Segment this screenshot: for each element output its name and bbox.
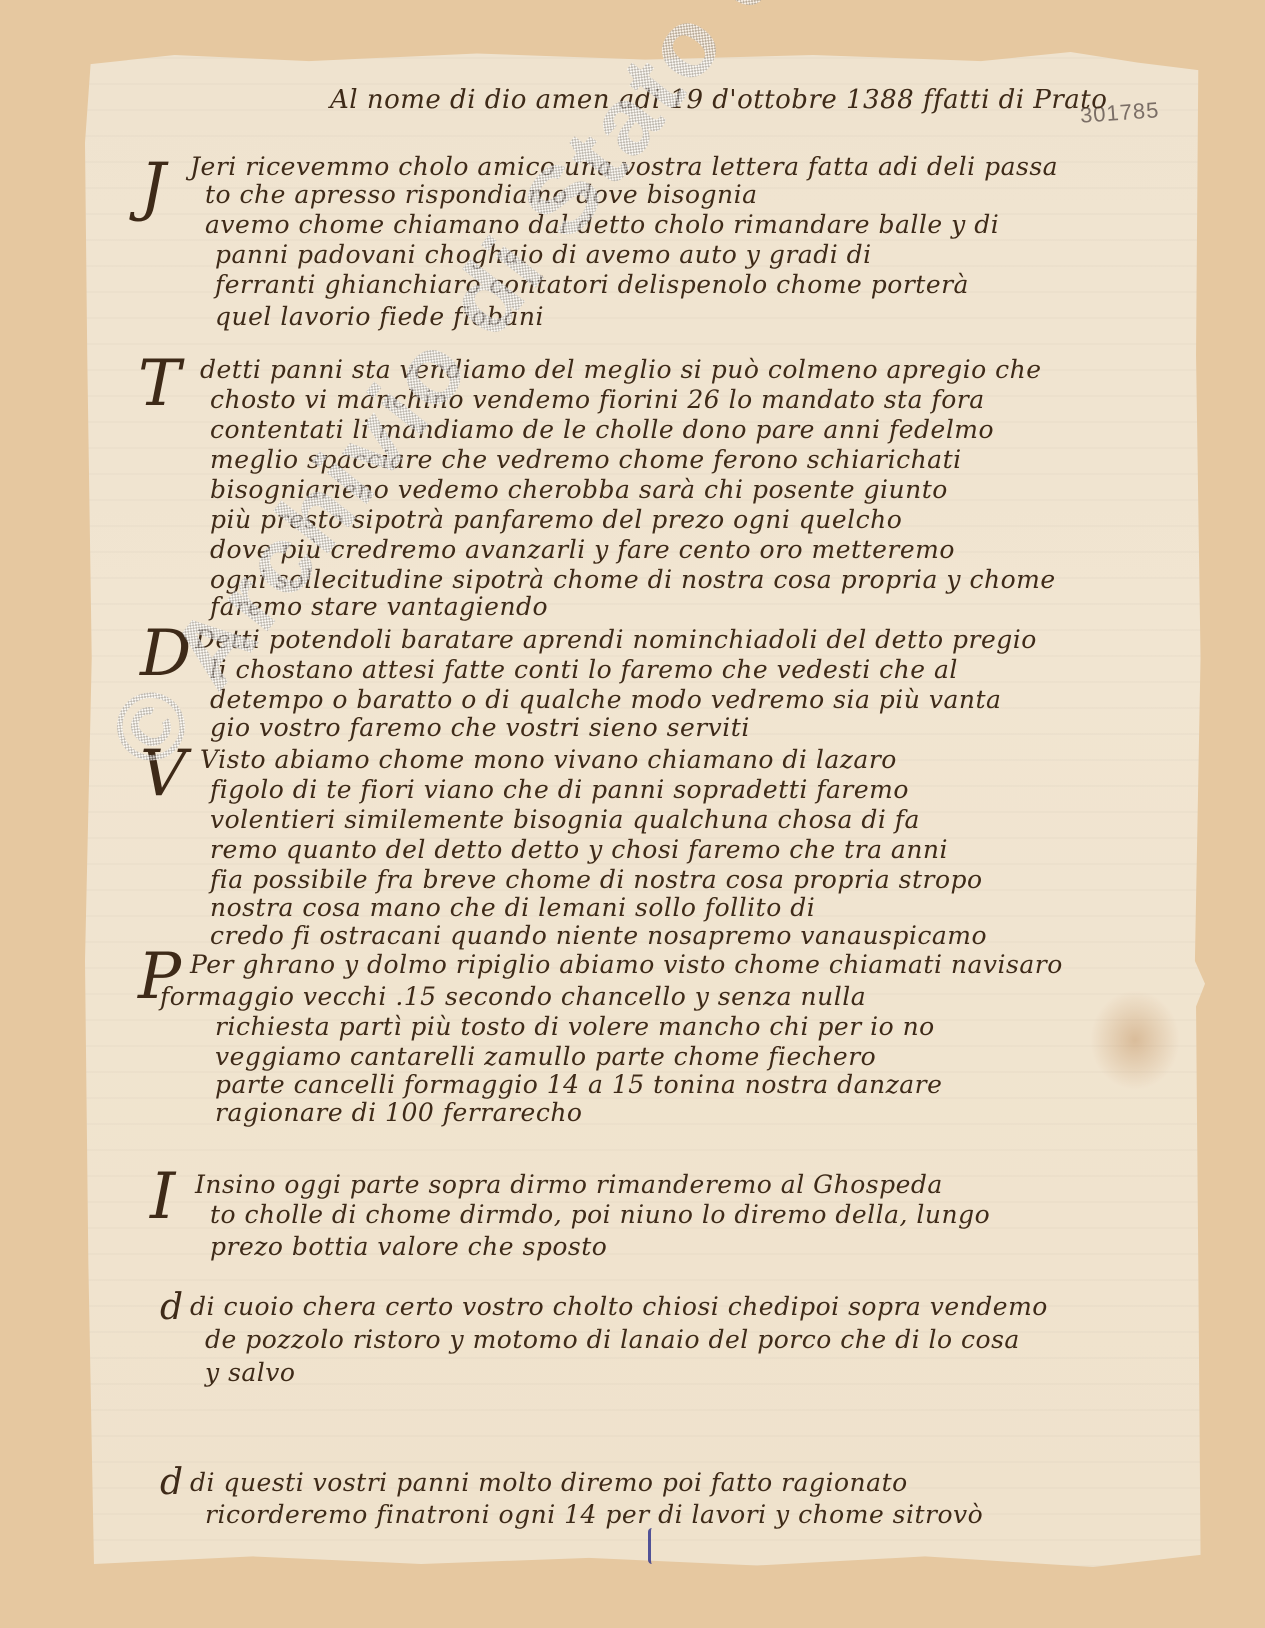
text-line: formaggio vecchi .15 secondo chancello y… [160,982,866,1011]
text-line: ricorderemo finatroni ogni 14 per di lav… [205,1500,983,1529]
text-line: di questi vostri panni molto diremo poi … [190,1468,908,1497]
paragraph-initial: T [138,352,181,416]
paragraph-initial: J [140,155,166,219]
paragraph-initial: d [160,1465,183,1501]
text-line: de pozzolo ristoro y motomo di lanaio de… [205,1325,1020,1354]
text-line: to cholle di chome dirmdo, poi niuno lo … [210,1200,990,1229]
text-line: remo quanto del detto detto y chosi fare… [210,835,948,864]
paragraph-initial: V [140,742,186,806]
text-line: Jeri ricevemmo cholo amico una vostra le… [190,152,1058,181]
text-line: richiesta partì più tosto di volere manc… [215,1012,935,1041]
text-line: contentati li mandiamo de le cholle dono… [210,415,994,444]
text-line: credo fi ostracani quando niente nosapre… [210,921,987,950]
text-line: Visto abiamo chome mono vivano chiamano … [200,745,897,774]
letter-header: Al nome di dio amen adi 19 d'ottobre 138… [330,85,1107,115]
water-stain [1090,990,1180,1090]
text-line: panni padovani choghaio di avemo auto y … [215,240,872,269]
text-line: prezo bottia valore che sposto [210,1232,607,1261]
text-line: detti panni sta vendiamo del meglio si p… [200,355,1042,384]
text-line: detempo o baratto o di qualche modo vedr… [210,685,1001,714]
text-line: figolo di te fiori viano che di panni so… [210,775,909,804]
blue-ink-mark [648,1528,656,1564]
paragraph-initial: d [160,1290,183,1326]
text-line: più presto sipotrà panfaremo del prezo o… [210,505,902,534]
text-line: bisogniarieno vedemo cherobba sarà chi p… [210,475,948,504]
paragraph-initial: I [150,1165,175,1229]
text-line: di cuoio chera certo vostro cholto chios… [190,1292,1048,1321]
text-line: quel lavorio fiede fiobani [215,302,544,331]
text-line: veggiamo cantarelli zamullo parte chome … [215,1042,876,1071]
text-line: parte cancelli formaggio 14 a 15 tonina … [215,1070,942,1099]
text-line: avemo chome chiamano dal detto cholo rim… [205,210,999,239]
text-line: li chostano attesi fatte conti lo faremo… [210,655,958,684]
text-line: chosto vi manchino vendemo fiorini 26 lo… [210,385,985,414]
text-line: volentieri similemente bisognia qualchun… [210,805,920,834]
text-line: Insino oggi parte sopra dirmo rimanderem… [195,1170,943,1199]
text-line: meglio spacciare che vedremo chome feron… [210,445,962,474]
text-line: ogni sollecitudine sipotrà chome di nost… [210,565,1056,594]
text-line: faremo stare vantagiendo [210,592,548,621]
text-line: to che apresso rispondiamo dove bisognia [205,180,758,209]
text-line: dove più credremo avanzarli y fare cento… [210,535,955,564]
text-line: ragionare di 100 ferrarecho [215,1098,582,1127]
text-line: Detti potendoli baratare aprendi nominch… [195,625,1037,654]
text-line: nostra cosa mano che di lemani sollo fol… [210,893,815,922]
text-line: fia possibile fra breve chome di nostra … [210,865,983,894]
text-line: ferranti ghianchiaro contatori delispeno… [215,270,969,299]
text-line: gio vostro faremo che vostri sieno servi… [210,713,750,742]
text-line: Per ghrano y dolmo ripiglio abiamo visto… [190,950,1063,979]
paragraph-initial: D [140,622,191,686]
text-line: y salvo [205,1358,295,1387]
